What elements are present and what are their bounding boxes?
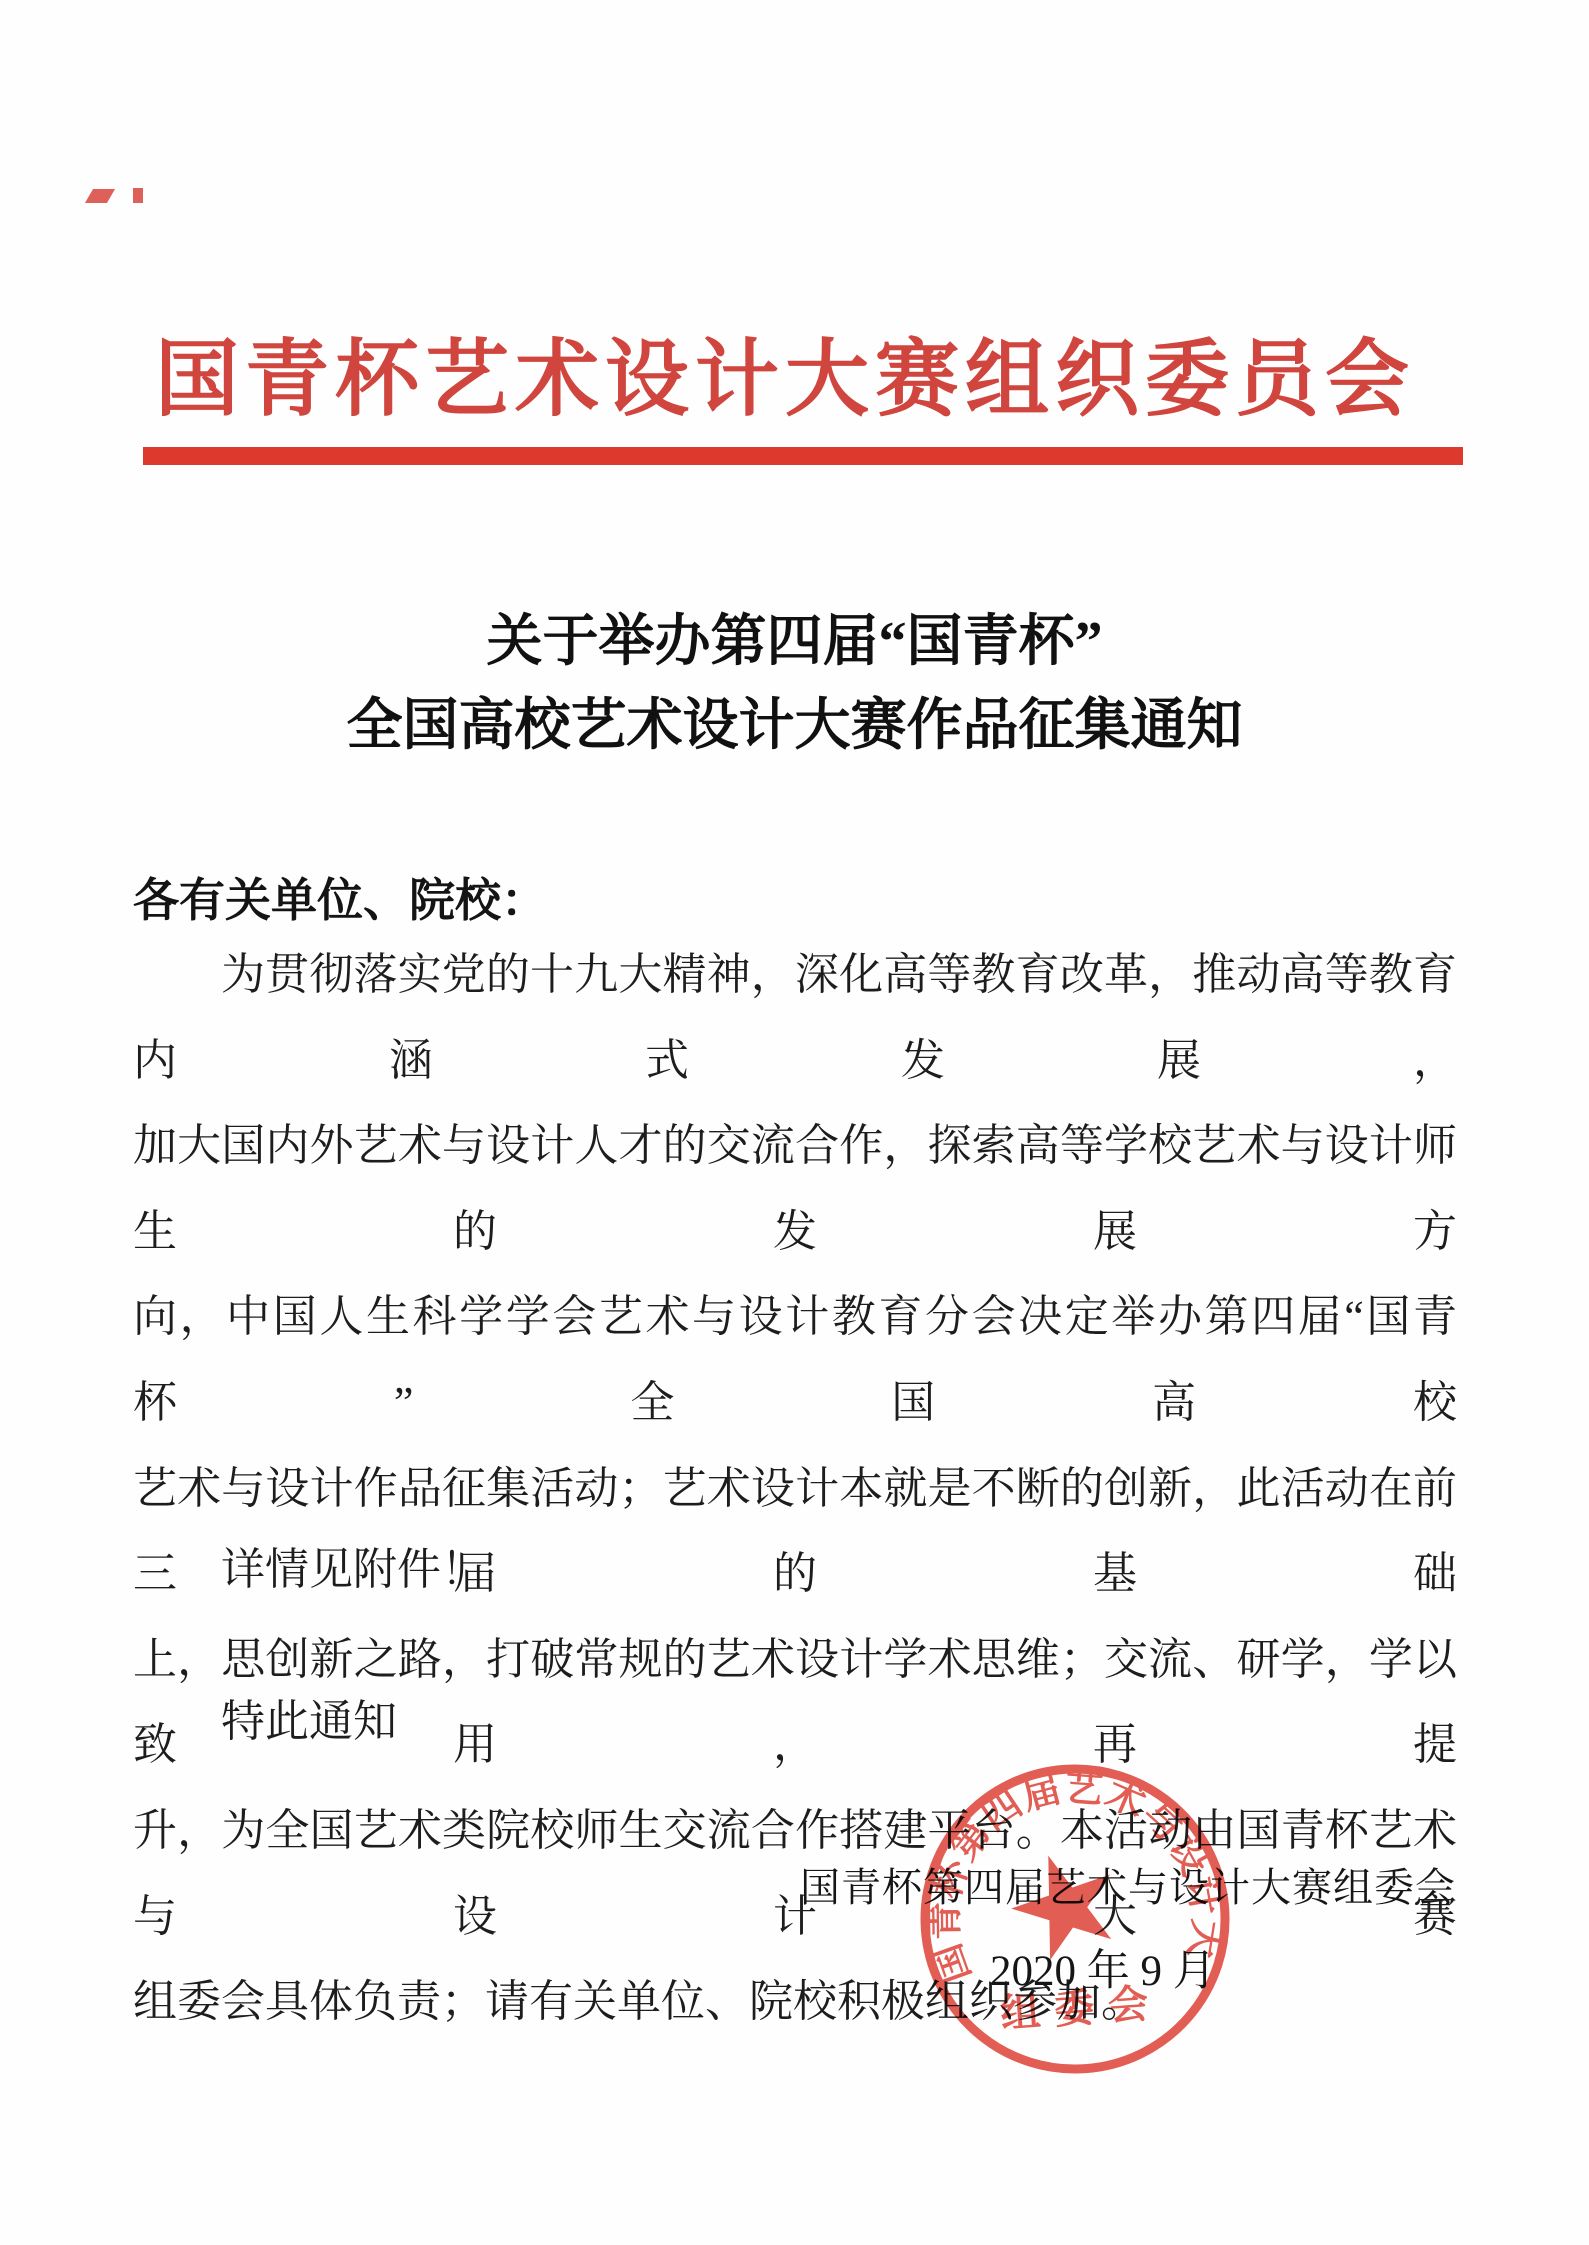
scanned-notice-page: 国青杯艺术设计大赛组织委员会 关于举办第四届“国青杯” 全国高校艺术设计大赛作品… xyxy=(0,0,1589,2245)
letterhead-org-title: 国青杯艺术设计大赛组织委员会 xyxy=(120,312,1450,433)
svg-text:国青杯第四届艺术与设计大赛: 国青杯第四届艺术与设计大赛 xyxy=(894,1738,1231,1992)
scan-artifact xyxy=(85,189,115,203)
seal-ring-text: 国青杯第四届艺术与设计大赛 xyxy=(894,1738,1231,1992)
official-seal: 国青杯第四届艺术与设计大赛 组委会 xyxy=(894,1738,1257,2101)
body-line: 向，中国人生科学学会艺术与设计教育分会决定举办第四届“国青杯”全国高校 xyxy=(133,1274,1457,1445)
salutation: 各有关单位、院校： xyxy=(133,858,1457,943)
notice-title: 关于举办第四届“国青杯” 全国高校艺术设计大赛作品征集通知 xyxy=(0,600,1589,768)
body-line: 为贯彻落实党的十九大精神，深化高等教育改革，推动高等教育内涵式发展， xyxy=(133,932,1457,1103)
attachment-note: 详情见附件！ xyxy=(133,1527,485,1613)
scan-artifact xyxy=(133,188,143,203)
notice-title-line1: 关于举办第四届“国青杯” xyxy=(0,600,1589,684)
body-line: 加大国内外艺术与设计人才的交流合作，探索高等学校艺术与设计师生的发展方 xyxy=(133,1103,1457,1274)
letterhead-rule xyxy=(143,447,1463,465)
seal-bottom-text: 组委会 xyxy=(999,1980,1164,2036)
red-star-icon xyxy=(999,1839,1130,1967)
body-line: 组委会具体负责；请有关单位、院校积极组织参加。 xyxy=(133,1959,1457,2045)
notice-title-line2: 全国高校艺术设计大赛作品征集通知 xyxy=(0,684,1589,768)
closing-phrase: 特此通知 xyxy=(133,1679,397,1765)
